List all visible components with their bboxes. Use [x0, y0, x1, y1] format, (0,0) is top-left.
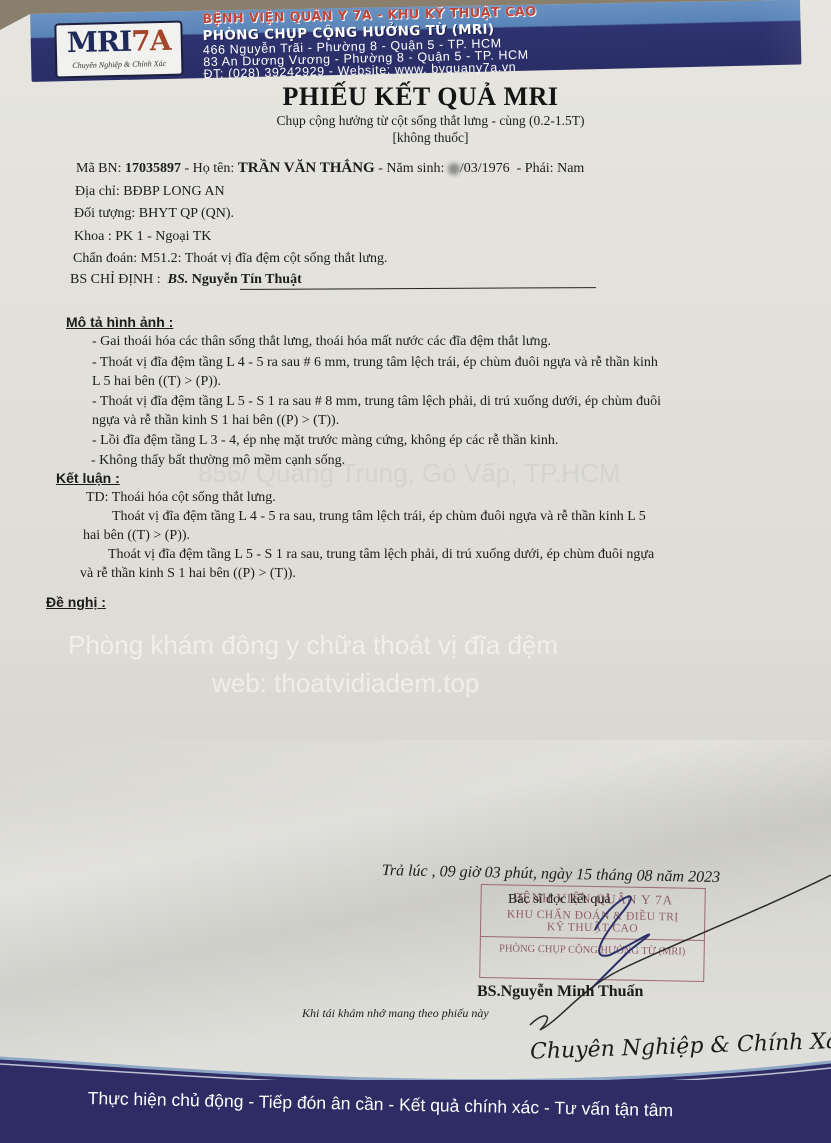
insurance-category: BHYT QP (QN).: [139, 206, 234, 221]
watermark-address: 856/ Quang Trung, Gò Vấp, TP.HCM: [198, 458, 621, 489]
reading-doctor-label: Bác sĩ đọc kết quả: [508, 892, 611, 908]
conclusion-line: Thoát vị đĩa đệm tầng L 4 - 5 ra sau, tr…: [112, 509, 646, 525]
diagnosis-row: Chẩn đoán: M51.2: Thoát vị đĩa đệm cột s…: [73, 251, 388, 267]
findings-heading: Mô tả hình ảnh :: [66, 314, 173, 330]
mri-report-sheet: MRI7A Chuyên Nghiệp & Chính Xác BỆNH VIỆ…: [0, 0, 831, 1143]
conclusion-line: và rễ thần kinh S 1 hai bên ((P) > (T)).: [80, 566, 296, 582]
contrast-note: [không thuốc]: [0, 130, 831, 146]
patient-address: BĐBP LONG AN: [123, 184, 224, 199]
address-row: Địa chỉ: BĐBP LONG AN: [75, 184, 225, 200]
conclusion-line: hai bên ((T) > (P)).: [83, 528, 190, 544]
finding-line: - Thoát vị đĩa đệm tầng L 4 - 5 ra sau #…: [92, 355, 658, 371]
finding-line: - Gai thoái hóa các thân sống thắt lưng,…: [92, 334, 551, 350]
patient-id-row: Mã BN: 17035897 - Họ tên: TRẦN VĂN THẮNG…: [76, 160, 584, 177]
patient-name: TRẦN VĂN THẮNG: [238, 160, 375, 176]
watermark-clinic: Phòng khám đông y chữa thoát vị đĩa đệm: [68, 630, 558, 661]
report-title: PHIẾU KẾT QUẢ MRI: [0, 82, 831, 112]
patient-dob: /03/1976: [460, 161, 510, 176]
clinic-department: PK 1 - Ngoại TK: [115, 229, 211, 244]
finding-line: ngựa và rễ thần kinh S 1 hai bên ((P) > …: [92, 413, 339, 429]
finding-line: - Thoát vị đĩa đệm tầng L 5 - S 1 ra sau…: [92, 394, 661, 410]
conclusion-line: TD: Thoái hóa cột sống thắt lưng.: [86, 490, 276, 506]
result-returned-time: Trả lúc , 09 giờ 03 phút, ngày 15 tháng …: [382, 862, 721, 887]
department-row: Khoa : PK 1 - Ngoại TK: [74, 229, 211, 245]
procedure-name: Chụp cộng hưởng từ cột sống thắt lưng - …: [0, 113, 831, 129]
revisit-reminder: Khi tái khám nhớ mang theo phiếu này: [302, 1006, 489, 1021]
conclusion-heading: Kết luận :: [56, 470, 120, 486]
patient-sex: Nam: [557, 161, 584, 176]
reading-doctor-name: BS.Nguyễn Minh Thuấn: [477, 983, 643, 1001]
watermark-web: web: thoatvidiadem.top: [212, 668, 479, 699]
report-body: PHIẾU KẾT QUẢ MRI Chụp cộng hưởng từ cột…: [0, 0, 831, 1143]
diagnosis: M51.2: Thoát vị đĩa đệm cột sống thắt lư…: [141, 251, 388, 266]
referring-doctor: Nguyễn Tín Thuật: [192, 272, 302, 287]
redacted-day: [448, 163, 460, 175]
finding-line: - Lồi đĩa đệm tầng L 3 - 4, ép nhẹ mặt t…: [92, 433, 558, 449]
recommendation-heading: Đề nghị :: [46, 594, 106, 610]
category-row: Đối tượng: BHYT QP (QN).: [74, 206, 234, 222]
referring-doctor-row: BS CHỈ ĐỊNH : BS. Nguyễn Tín Thuật: [70, 272, 302, 288]
conclusion-line: Thoát vị đĩa đệm tầng L 5 - S 1 ra sau, …: [108, 547, 654, 563]
slogan-script: Chuyên Nghiệp & Chính Xác: [530, 1028, 831, 1064]
patient-id: 17035897: [125, 161, 181, 176]
finding-line: L 5 hai bên ((T) > (P)).: [92, 374, 221, 390]
